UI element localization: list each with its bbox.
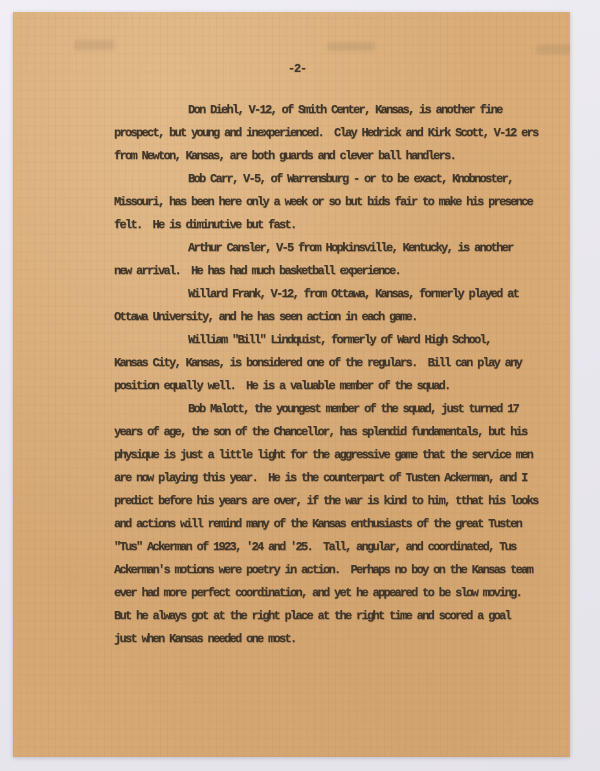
text-line: years of age, the son of the Chancellor,… [114, 421, 554, 444]
page-number: -2- [288, 62, 306, 76]
text-line: and actions will remind many of the Kans… [114, 513, 554, 536]
text-line: position equally well. He is a valuable … [114, 375, 554, 398]
text-line: are now playing this year. He is the cou… [114, 467, 554, 490]
text-line: William "Bill" Lindquist, formerly of Wa… [114, 329, 554, 352]
text-line: felt. He is diminutive but fast. [114, 214, 554, 237]
text-line: Bob Carr, V-5, of Warrensburg - or to be… [114, 168, 554, 191]
text-line: Bob Malott, the youngest member of the s… [114, 398, 554, 421]
text-line: predict before his years are over, if th… [114, 490, 554, 513]
document-text: Don Diehl, V-12, of Smith Center, Kansas… [114, 99, 554, 651]
text-line: Arthur Cansler, V-5 from Hopkinsville, K… [114, 237, 554, 260]
document-page: -2- Don Diehl, V-12, of Smith Center, Ka… [13, 12, 570, 757]
text-line: just when Kansas needed one most. [114, 628, 554, 651]
bleedthrough-mark [328, 42, 375, 51]
text-line: Willard Frank, V-12, from Ottawa, Kansas… [114, 283, 554, 306]
bleedthrough-mark [75, 40, 115, 50]
text-line: from Newton, Kansas, are both guards and… [114, 145, 554, 168]
text-line: "Tus" Ackerman of 1923, '24 and '25. Tal… [114, 536, 554, 559]
bleedthrough-mark [537, 45, 570, 54]
text-line: Ackerman's motions were poetry in action… [114, 559, 554, 582]
text-line: Kansas City, Kansas, is bonsidered one o… [114, 352, 554, 375]
text-line: physique is just a little light for the … [114, 444, 554, 467]
text-line: But he always got at the right place at … [114, 605, 554, 628]
text-line: prospect, but young and inexperienced. C… [114, 122, 554, 145]
text-line: ever had more perfect coordination, and … [114, 582, 554, 605]
text-line: Ottawa University, and he has seen actio… [114, 306, 554, 329]
text-line: Don Diehl, V-12, of Smith Center, Kansas… [114, 99, 554, 122]
scan-background: -2- Don Diehl, V-12, of Smith Center, Ka… [0, 0, 600, 771]
text-line: new arrival. He has had much basketball … [114, 260, 554, 283]
text-line: Missouri, has been here only a week or s… [114, 191, 554, 214]
